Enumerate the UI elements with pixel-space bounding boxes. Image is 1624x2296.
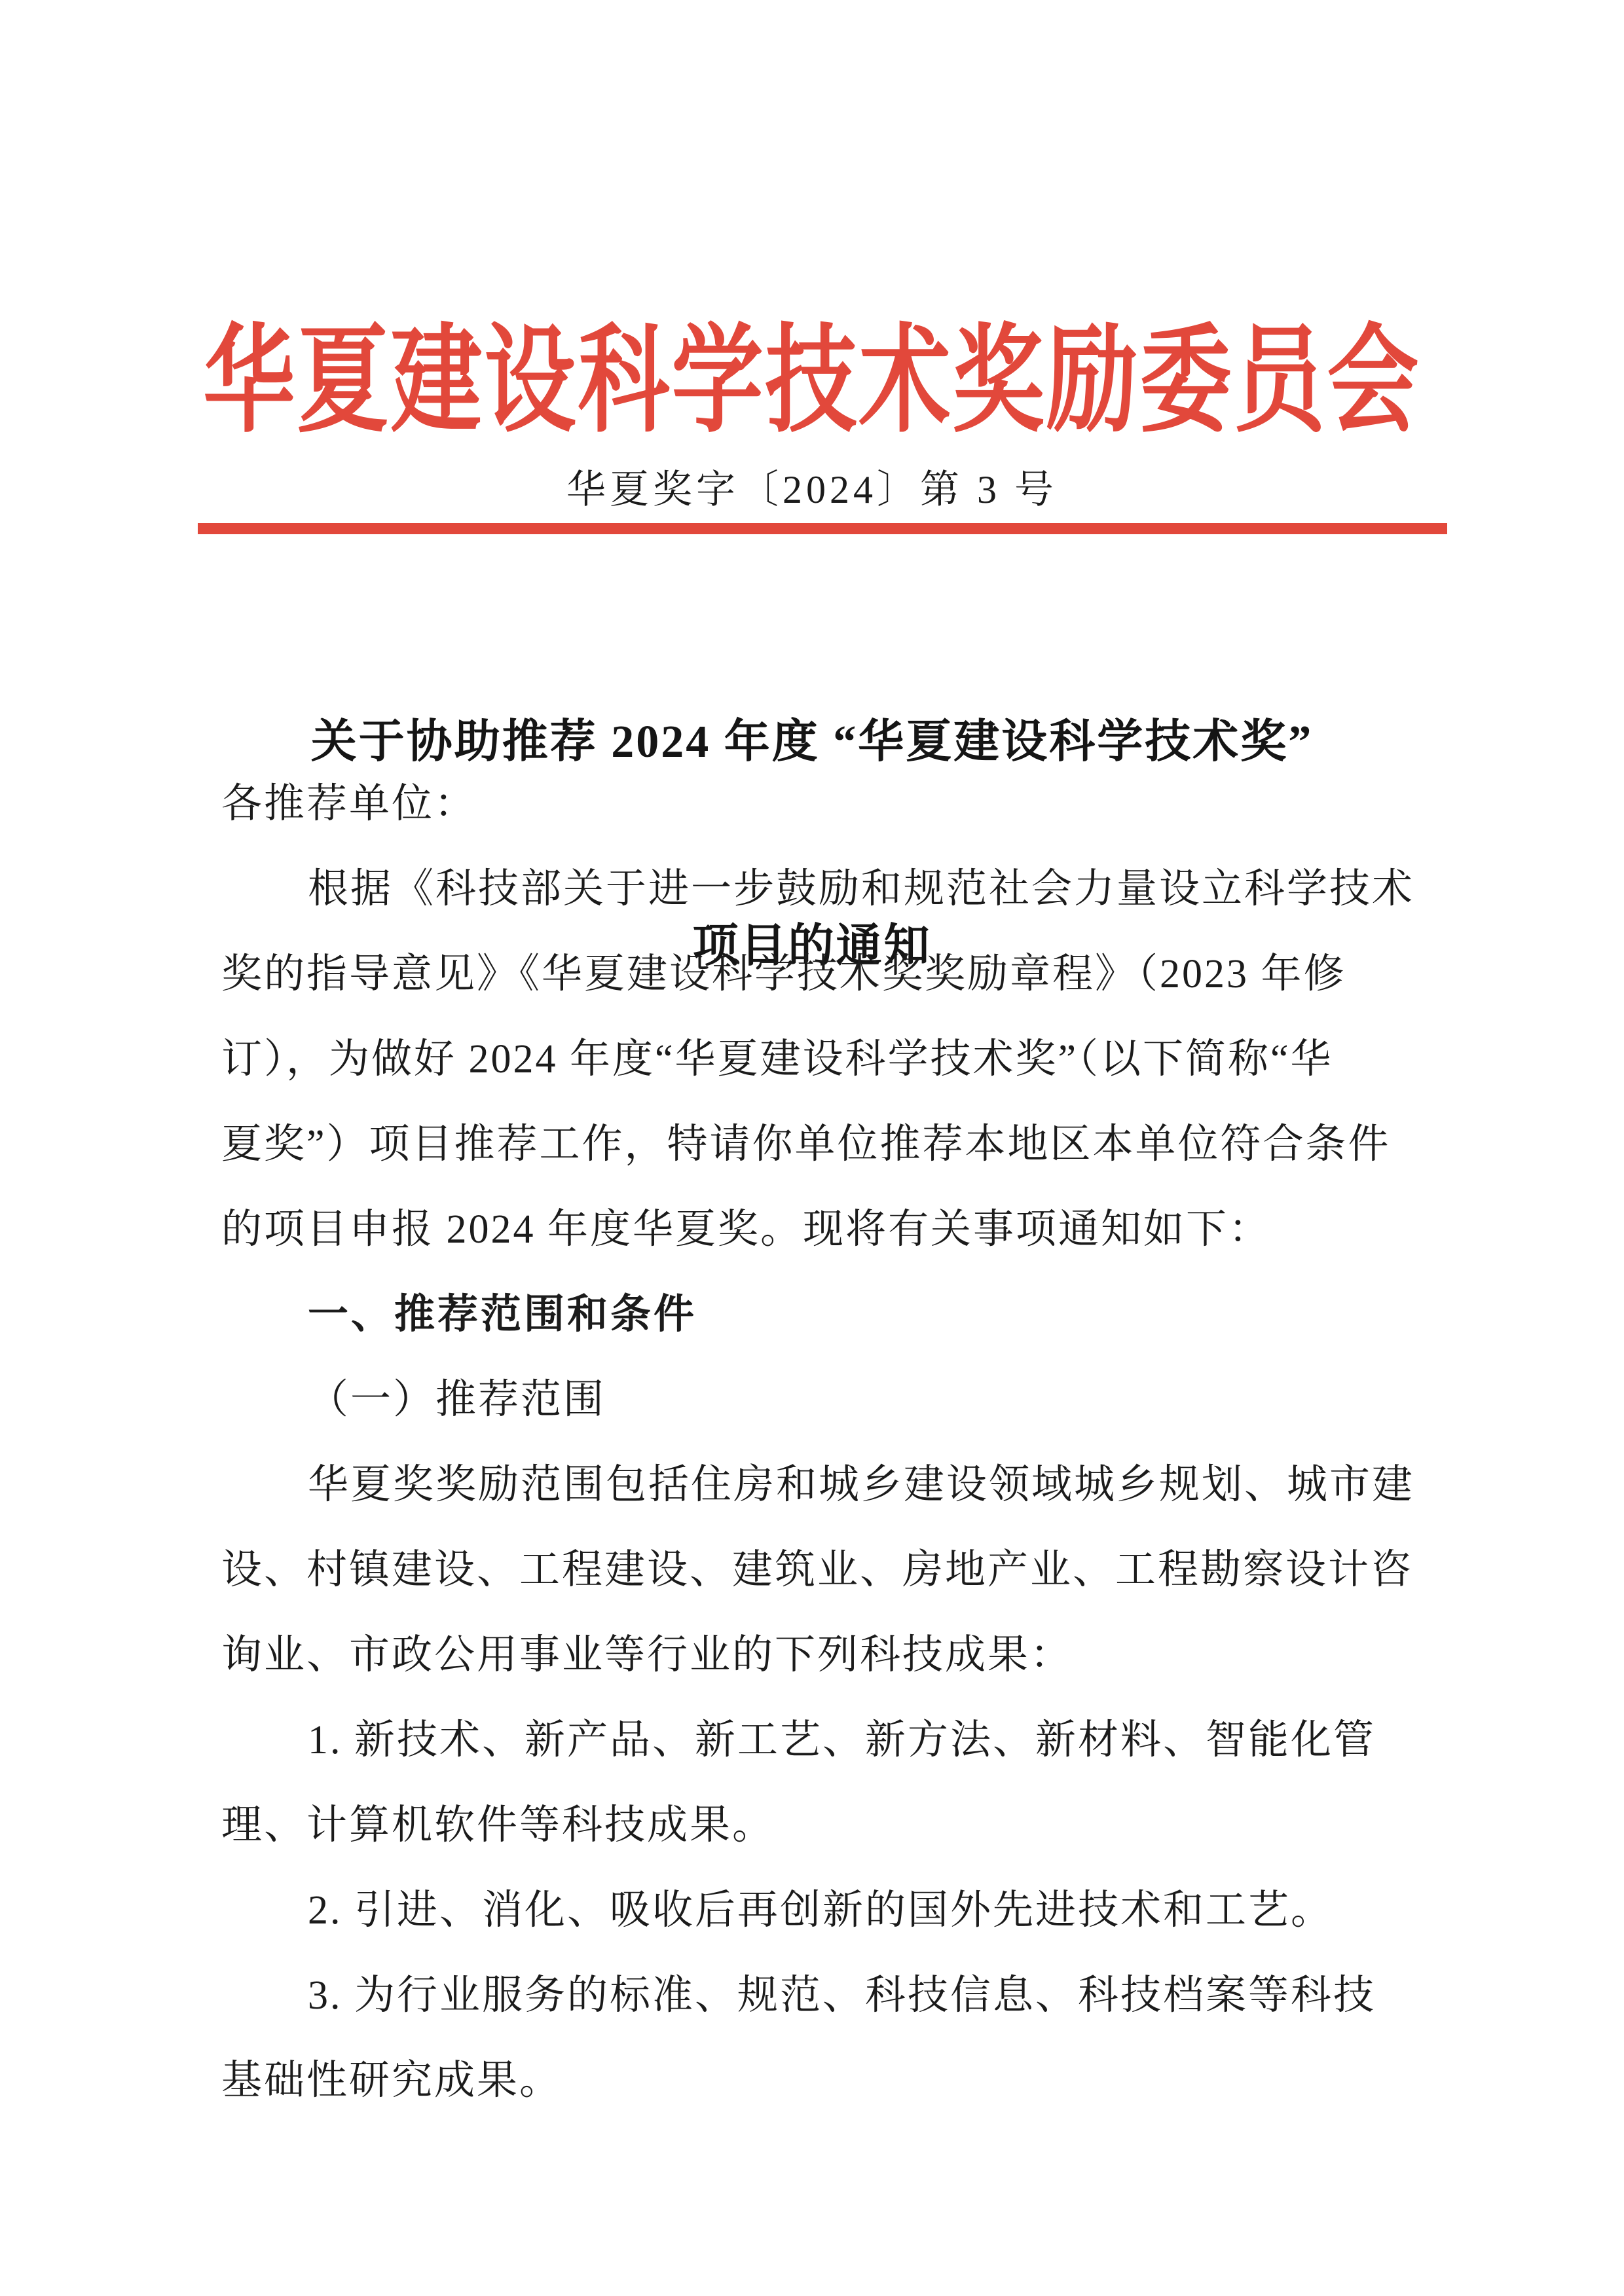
- body-line: 理、计算机软件等科技成果。: [221, 1783, 1423, 1868]
- body-line: 华夏奖奖励范围包括住房和城乡建设领域城乡规划、城市建: [221, 1442, 1423, 1527]
- red-divider-line: [198, 523, 1447, 534]
- body-line: 的项目申报 2024 年度华夏奖。现将有关事项通知如下：: [221, 1187, 1423, 1272]
- body-line: 询业、市政公用事业等行业的下列科技成果：: [221, 1613, 1423, 1698]
- list-item-3: 3. 为行业服务的标准、规范、科技信息、科技档案等科技: [221, 1953, 1423, 2038]
- section-heading: 一、推荐范围和条件: [221, 1272, 1423, 1357]
- subsection-heading: （一）推荐范围: [221, 1357, 1423, 1442]
- body-line: 订），为做好 2024 年度“华夏建设科学技术奖”（以下简称“华: [221, 1017, 1423, 1102]
- body-text: 各推荐单位： 根据《科技部关于进一步鼓励和规范社会力量设立科学技术 奖的指导意见…: [221, 761, 1423, 2123]
- body-line: 基础性研究成果。: [221, 2038, 1423, 2123]
- body-line: 设、村镇建设、工程建设、建筑业、房地产业、工程勘察设计咨: [221, 1527, 1423, 1613]
- body-line: 奖的指导意见》《华夏建设科学技术奖奖励章程》（2023 年修: [221, 932, 1423, 1017]
- list-item-2: 2. 引进、消化、吸收后再创新的国外先进技术和工艺。: [221, 1868, 1423, 1953]
- doc-number: 华夏奖字〔2024〕第 3 号: [0, 458, 1624, 515]
- document-page: 华夏建设科学技术奖励委员会 华夏奖字〔2024〕第 3 号 关于协助推荐 202…: [0, 0, 1624, 2296]
- body-line: 夏奖”）项目推荐工作，特请你单位推荐本地区本单位符合条件: [221, 1102, 1423, 1187]
- list-item-1: 1. 新技术、新产品、新工艺、新方法、新材料、智能化管: [221, 1698, 1423, 1783]
- body-line: 根据《科技部关于进一步鼓励和规范社会力量设立科学技术: [221, 847, 1423, 932]
- salutation-line: 各推荐单位：: [221, 761, 1423, 847]
- org-title: 华夏建设科学技术奖励委员会: [0, 287, 1624, 455]
